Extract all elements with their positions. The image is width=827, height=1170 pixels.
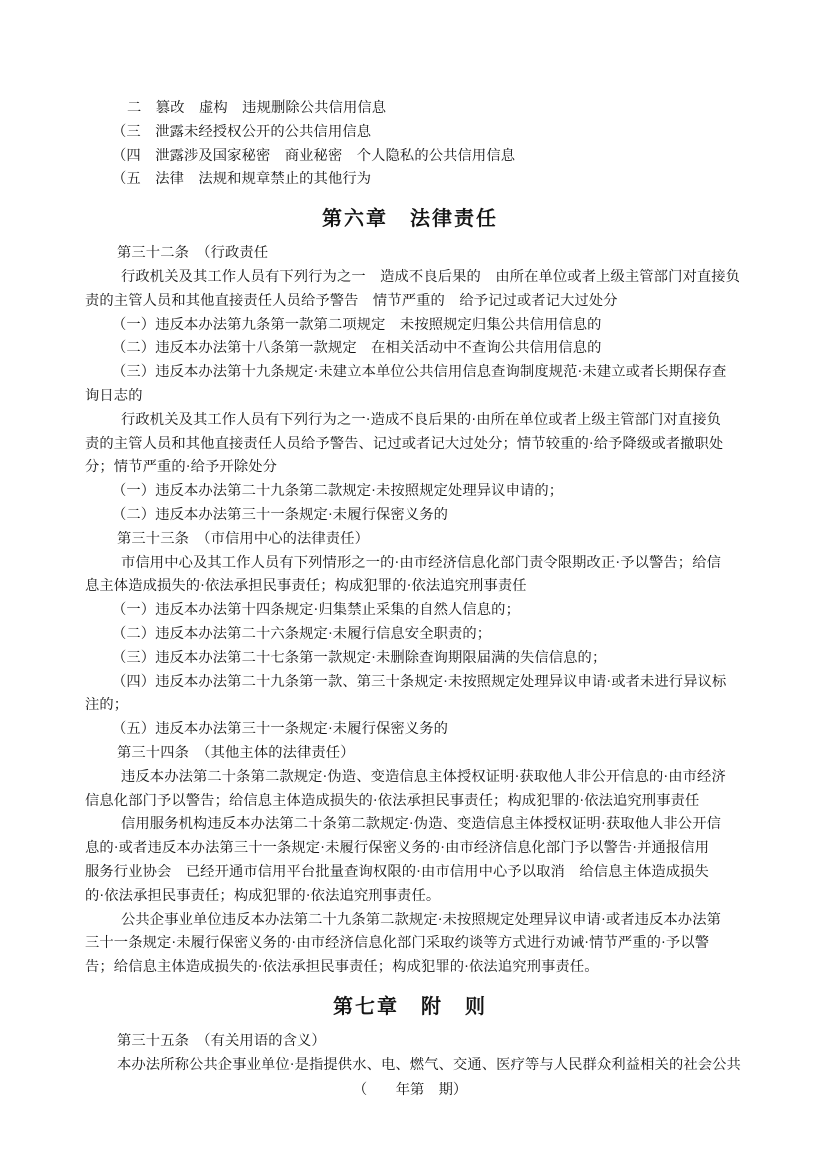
continuation-line: 责的主管人员和其他直接责任人员给予警告、记过或者记大过处分；情节较重的·给予降级… [85,433,735,457]
continuation-line: 三十一条规定·未履行保密义务的·由市经济信息化部门采取约谈等方式进行劝诫·情节严… [85,932,735,956]
chapter-7-heading: 第七章 附 则 [85,992,735,1022]
paragraph-line: 行政机关及其工作人员有下列行为之一·造成不良后果的·由所在单位或者上级主管部门对… [85,409,735,433]
continuation-line: 责的主管人员和其他直接责任人员给予警告 情节严重的 给予记过或者记大过处分 [85,290,735,314]
continuation-line: 服务行业协会 已经开通市信用平台批量查询权限的·由市信用中心予以取消 给信息主体… [85,861,735,885]
document-body: 二 篡改 虚构 违规删除公共信用信息 （三 泄露未经授权公开的公共信用信息 （四… [85,97,735,1103]
paragraph-line: 本办法所称公共企事业单位·是指提供水、电、燃气、交通、医疗等与人民群众利益相关的… [85,1054,735,1078]
paragraph-line: 公共企事业单位违反本办法第二十九条第二款规定·未按照规定处理异议申请·或者违反本… [85,909,735,933]
list-item: （一）违反本办法第二十九条第二款规定·未按照规定处理异议申请的； [85,480,735,504]
continuation-line: 分；情节严重的·给予开除处分 [85,456,735,480]
paragraph-line: 信用服务机构违反本办法第二十条第二款规定·伪造、变造信息主体授权证明·获取他人非… [85,813,735,837]
list-item: （二）违反本办法第三十一条规定·未履行保密义务的 [85,504,735,528]
paragraph-line: 违反本办法第二十条第二款规定·伪造、变造信息主体授权证明·获取他人非公开信息的·… [85,766,735,790]
continuation-line: 信息化部门予以警告；给信息主体造成损失的·依法承担民事责任；构成犯罪的·依法追究… [85,790,735,814]
intro-list-item: （四 泄露涉及国家秘密 商业秘密 个人隐私的公共信用信息 [85,145,735,169]
paragraph-line: 行政机关及其工作人员有下列行为之一 造成不良后果的 由所在单位或者上级主管部门对… [85,266,735,290]
document-page: 二 篡改 虚构 违规删除公共信用信息 （三 泄露未经授权公开的公共信用信息 （四… [0,0,827,1170]
list-item: （四）违反本办法第二十九条第一款、第三十条规定·未按照规定处理异议申请·或者未进… [85,671,735,695]
continuation-line: 息的·或者违反本办法第三十一条规定·未履行保密义务的·由市经济信息化部门予以警告… [85,837,735,861]
list-item: （二）违反本办法第十八条第一款规定 在相关活动中不查询公共信用信息的 [85,337,735,361]
list-item: （一）违反本办法第十四条规定·归集禁止采集的自然人信息的； [85,599,735,623]
continuation-line: 注的； [85,694,735,718]
article-header: 第三十三条 （市信用中心的法律责任） [85,528,735,552]
list-item: （一）违反本办法第九条第一款第二项规定 未按照规定归集公共信用信息的 [85,314,735,338]
list-item: （三）违反本办法第二十七条第一款规定·未删除查询期限届满的失信信息的； [85,647,735,671]
article-header: 第三十四条 （其他主体的法律责任） [85,742,735,766]
paragraph-line: 市信用中心及其工作人员有下列情形之一的·由市经济信息化部门责令限期改正·予以警告… [85,552,735,576]
intro-list-item: （三 泄露未经授权公开的公共信用信息 [85,121,735,145]
article-header: 第三十五条 （有关用语的含义） [85,1030,735,1054]
continuation-line: 的·依法承担民事责任；构成犯罪的·依法追究刑事责任。 [85,885,735,909]
list-item: （五）违反本办法第三十一条规定·未履行保密义务的 [85,718,735,742]
continuation-line: 询日志的 [85,385,735,409]
chapter-6-heading: 第六章 法律责任 [85,204,735,234]
intro-list-item: （五 法律 法规和规章禁止的其他行为 [85,168,735,192]
list-item: （三）违反本办法第十九条规定·未建立本单位公共信用信息查询制度规范·未建立或者长… [85,361,735,385]
continuation-line: 息主体造成损失的·依法承担民事责任；构成犯罪的·依法追究刑事责任 [85,575,735,599]
continuation-line: 告；给信息主体造成损失的·依法承担民事责任；构成犯罪的·依法追究刑事责任。 [85,956,735,980]
journal-issue-footer: （ 年第 期） [85,1079,735,1103]
article-header: 第三十二条 （行政责任 [85,242,735,266]
list-item: （二）违反本办法第二十六条规定·未履行信息安全职责的； [85,623,735,647]
intro-list-item: 二 篡改 虚构 违规删除公共信用信息 [85,97,735,121]
